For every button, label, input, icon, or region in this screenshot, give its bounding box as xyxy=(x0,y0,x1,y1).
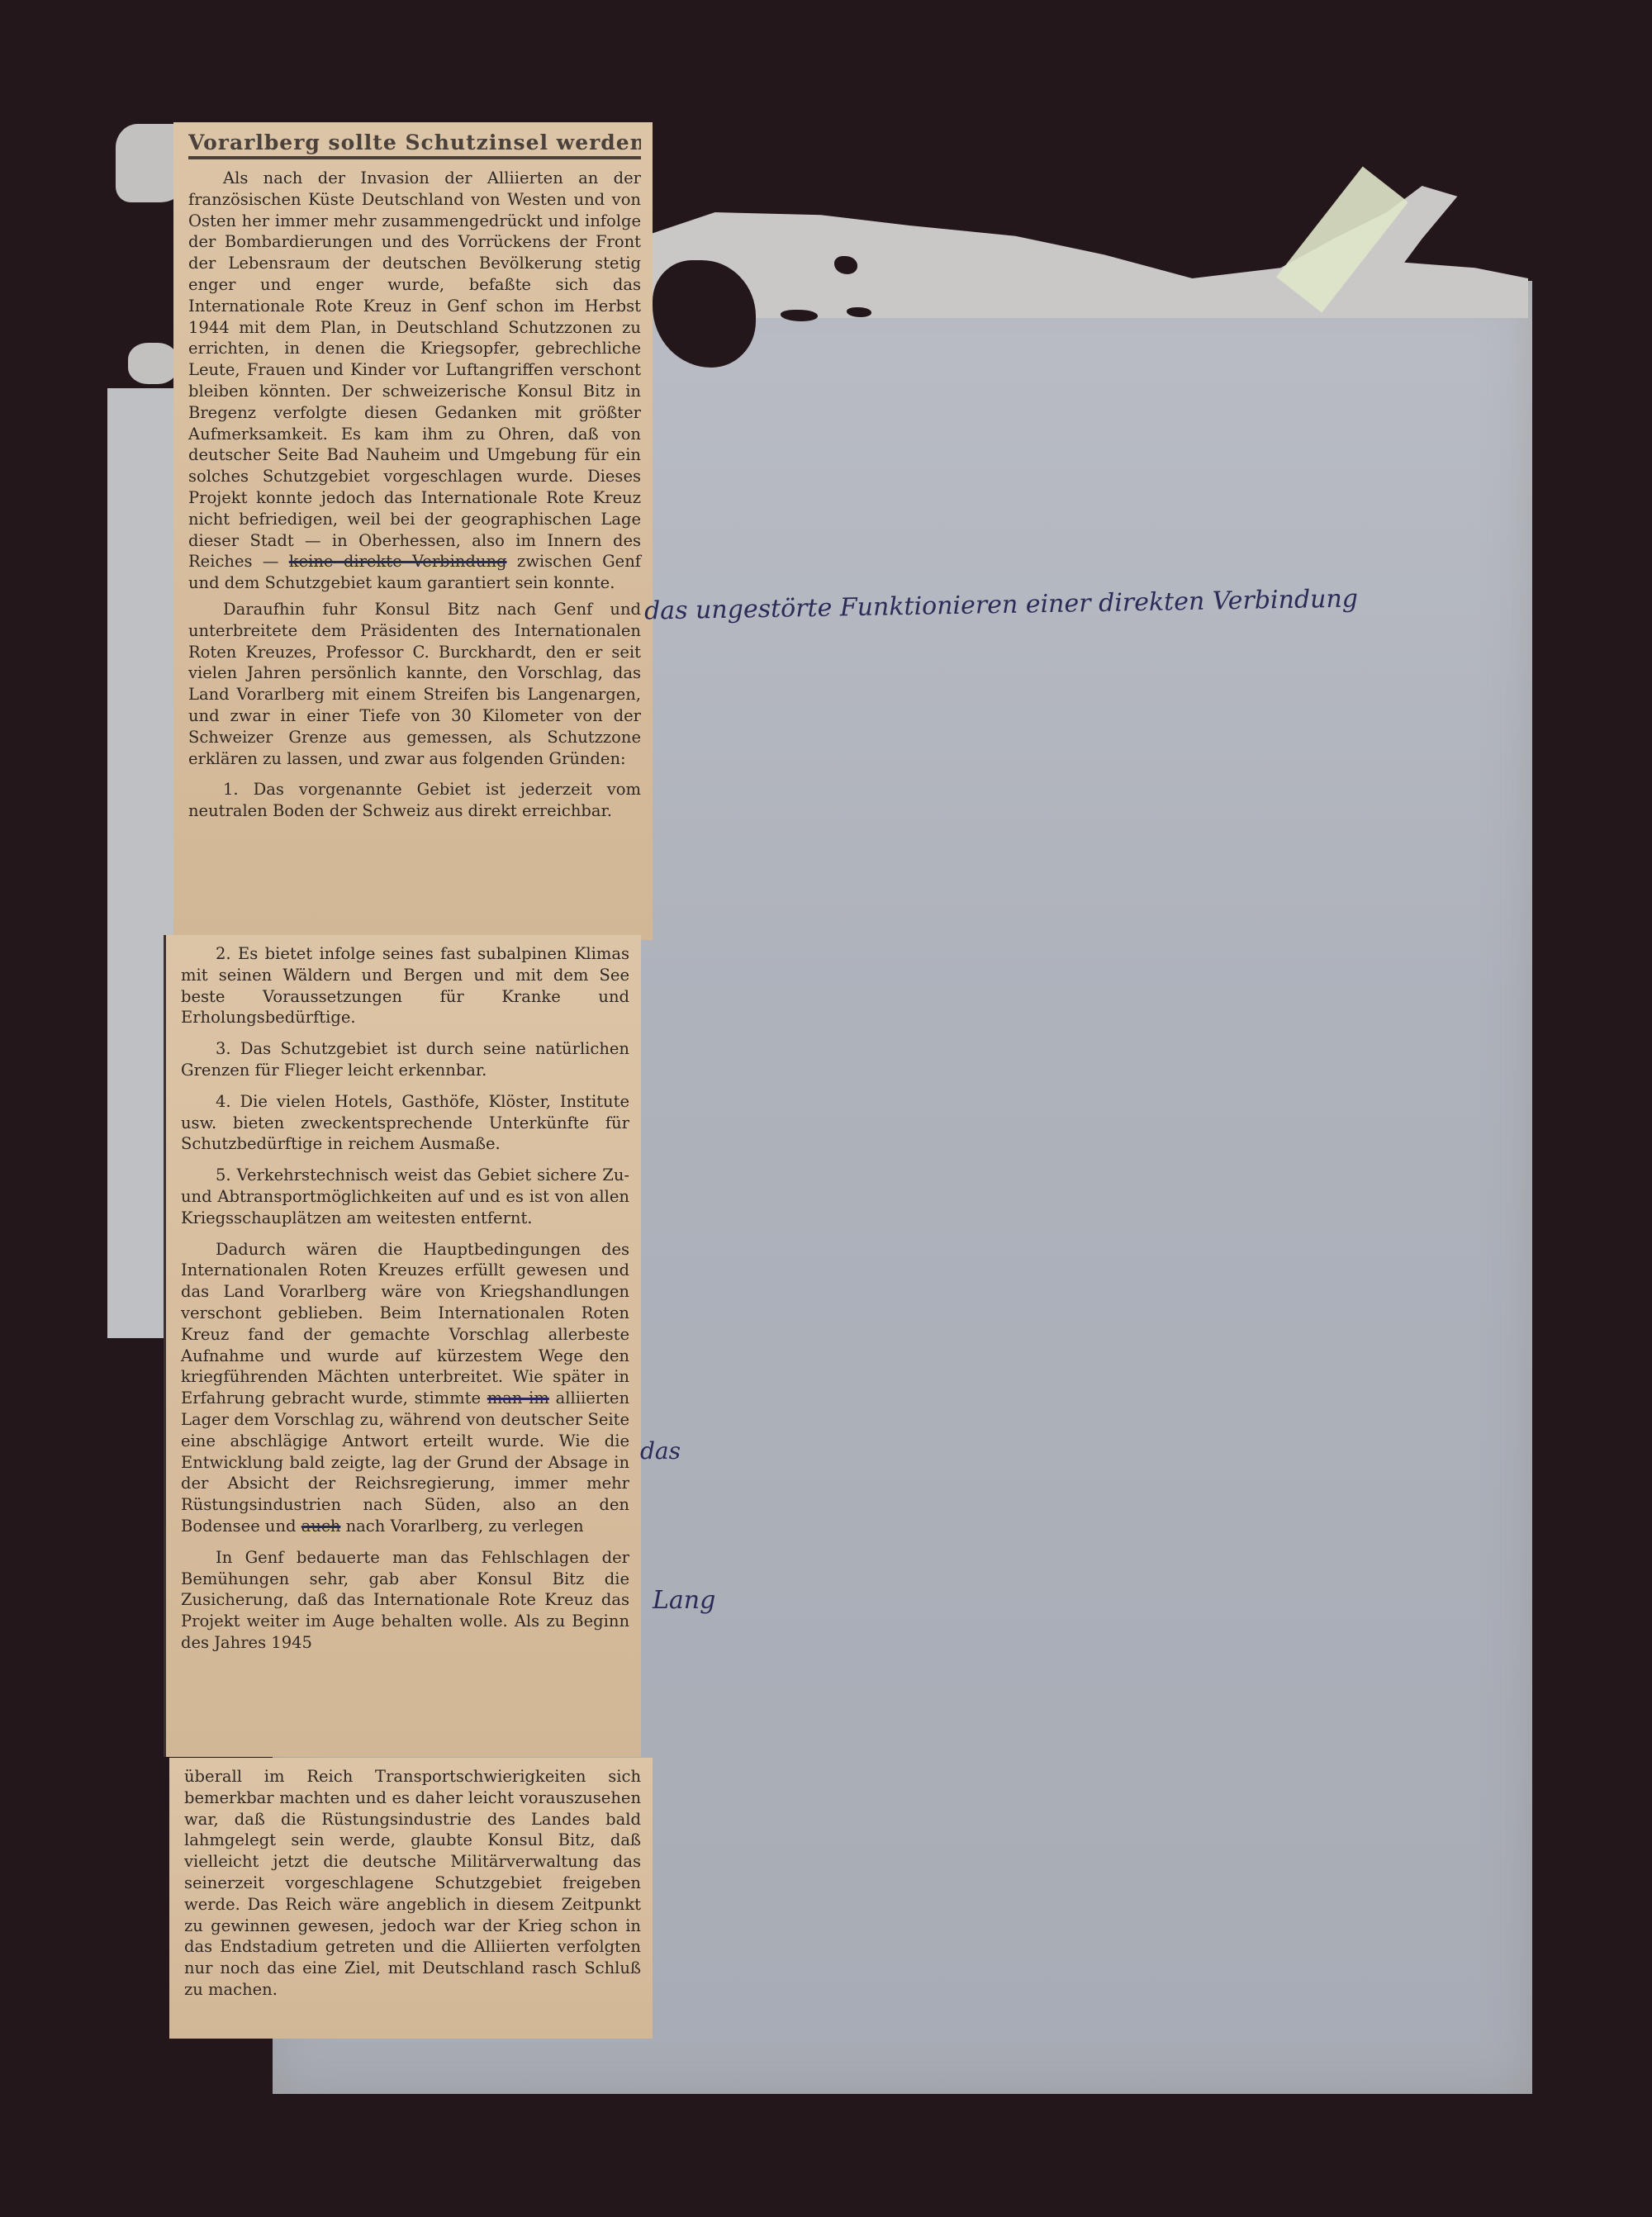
paragraph-2: Daraufhin fuhr Konsul Bitz nach Genf und… xyxy=(188,599,641,769)
struck-text: auch xyxy=(301,1517,341,1536)
struck-text: keine direkte Verbindung xyxy=(289,552,507,571)
paragraph-5: überall im Reich Transportschwierigkeite… xyxy=(184,1766,641,2001)
paragraph-3: Dadurch wären die Hauptbedingungen des I… xyxy=(181,1239,629,1537)
paragraph-4: In Genf bedauerte man das Fehlschlagen d… xyxy=(181,1547,629,1654)
paragraph-1: Als nach der Invasion der Alliierten an … xyxy=(188,168,641,594)
list-item-2: 2. Es bietet infolge seines fast subalpi… xyxy=(181,943,629,1028)
clipping-section-3: überall im Reich Transportschwierigkeite… xyxy=(169,1758,653,2039)
list-item-4: 4. Die vielen Hotels, Gasthöfe, Klöster,… xyxy=(181,1091,629,1155)
handwritten-margin-note: Lang xyxy=(653,1586,715,1615)
clipping-headline: Vorarlberg sollte Schutzinsel werden xyxy=(188,131,641,159)
paper-hole xyxy=(834,256,857,274)
torn-paper-scrap-mid xyxy=(128,343,178,384)
list-item-3: 3. Das Schutzgebiet ist durch seine natü… xyxy=(181,1038,629,1081)
clipping-section-2: 2. Es bietet infolge seines fast subalpi… xyxy=(164,935,641,1757)
struck-text: man im xyxy=(487,1389,549,1408)
handwritten-margin-note: das xyxy=(640,1437,681,1465)
list-item-1: 1. Das vorgenannte Gebiet ist jederzeit … xyxy=(188,779,641,822)
list-item-5: 5. Verkehrstechnisch weist das Gebiet si… xyxy=(181,1165,629,1228)
clipping-section-1: Vorarlberg sollte Schutzinsel werden Als… xyxy=(173,122,653,940)
